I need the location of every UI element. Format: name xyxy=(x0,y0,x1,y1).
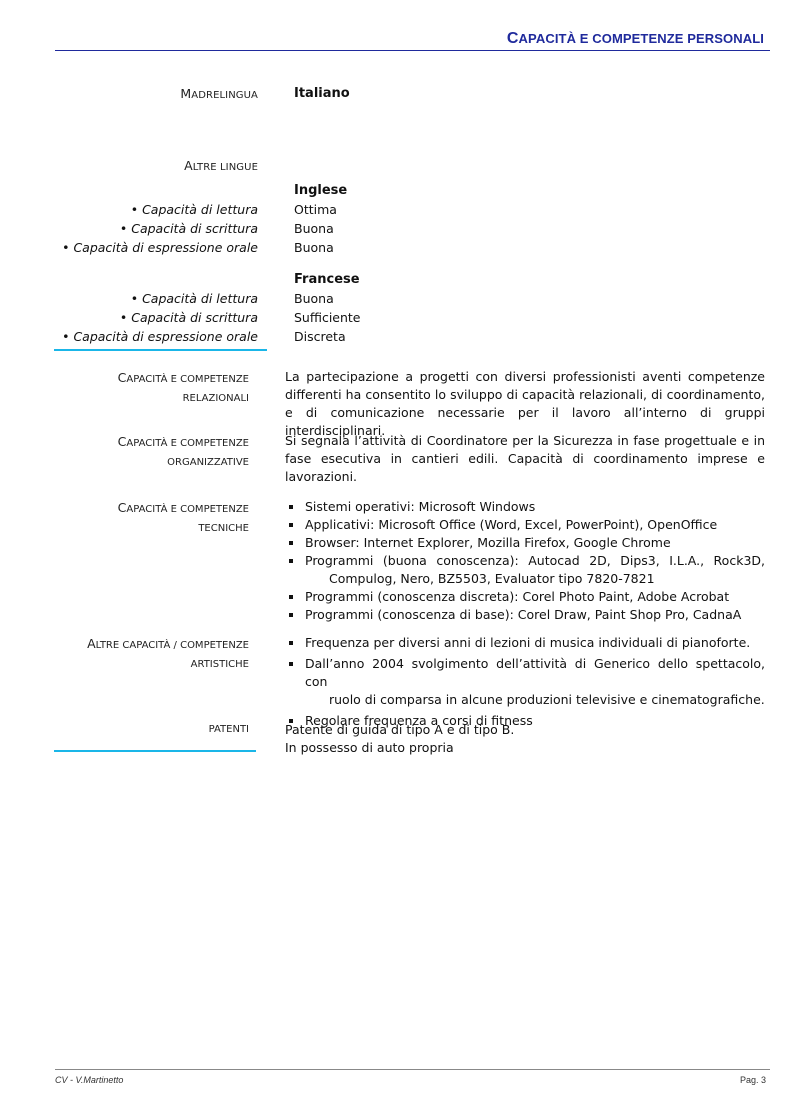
skill-value: Buona xyxy=(294,289,334,308)
skill-value: Buona xyxy=(294,238,334,257)
artistic-skills-list: Frequenza per diversi anni di lezioni di… xyxy=(285,634,765,733)
skill-label: • Capacità di scrittura xyxy=(120,308,258,327)
list-item: Programmi (buona conoscenza): Autocad 2D… xyxy=(285,552,765,588)
list-item: Browser: Internet Explorer, Mozilla Fire… xyxy=(285,534,765,552)
list-item: Frequenza per diversi anni di lezioni di… xyxy=(285,634,765,652)
artistic-skills-label: ALTRE CAPACITÀ / COMPETENZE ARTISTICHE xyxy=(87,634,249,674)
footer-divider xyxy=(55,1069,770,1070)
skill-label: • Capacità di espressione orale xyxy=(62,238,258,257)
skill-label: • Capacità di scrittura xyxy=(120,219,258,238)
page-number: Pag. 3 xyxy=(740,1075,766,1085)
list-item: Applicativi: Microsoft Office (Word, Exc… xyxy=(285,516,765,534)
list-item: Sistemi operativi: Microsoft Windows xyxy=(285,498,765,516)
organizational-skills-label: CAPACITÀ E COMPETENZE ORGANIZZATIVE xyxy=(118,432,249,472)
other-languages-label: ALTRE LINGUE xyxy=(184,156,258,177)
skill-value: Ottima xyxy=(294,200,337,219)
skill-label: • Capacità di espressione orale xyxy=(62,327,258,346)
language-name: Inglese xyxy=(294,181,347,200)
skill-value: Buona xyxy=(294,219,334,238)
footer-author: CV - V.Martinetto xyxy=(55,1075,123,1085)
section-title: CAPACITÀ E COMPETENZE PERSONALI xyxy=(507,30,764,48)
skill-label: • Capacità di lettura xyxy=(131,200,258,219)
mother-tongue-label: MADRELINGUA xyxy=(180,84,258,105)
skill-label: • Capacità di lettura xyxy=(131,289,258,308)
list-item: Programmi (conoscenza discreta): Corel P… xyxy=(285,588,765,606)
skill-value: Discreta xyxy=(294,327,346,346)
language-section-divider xyxy=(54,349,267,351)
skill-value: Sufficiente xyxy=(294,308,361,327)
technical-skills-label: CAPACITÀ E COMPETENZE TECNICHE xyxy=(118,498,249,538)
mother-tongue-value: Italiano xyxy=(294,84,350,103)
licenses-divider xyxy=(54,750,256,752)
list-item: Programmi (conoscenza di base): Corel Dr… xyxy=(285,606,765,624)
organizational-skills-text: Si segnala l’attività di Coordinatore pe… xyxy=(285,432,765,486)
header-divider xyxy=(55,50,770,51)
licenses-label: PATENTI xyxy=(209,720,249,739)
technical-skills-list: Sistemi operativi: Microsoft Windows App… xyxy=(285,498,765,624)
relational-skills-label: CAPACITÀ E COMPETENZE RELAZIONALI xyxy=(118,368,249,408)
list-item: Dall’anno 2004 svolgimento dell’attività… xyxy=(285,655,765,709)
licenses-text: Patente di guida di tipo A e di tipo B. … xyxy=(285,721,765,757)
relational-skills-text: La partecipazione a progetti con diversi… xyxy=(285,368,765,440)
language-name: Francese xyxy=(294,270,360,289)
